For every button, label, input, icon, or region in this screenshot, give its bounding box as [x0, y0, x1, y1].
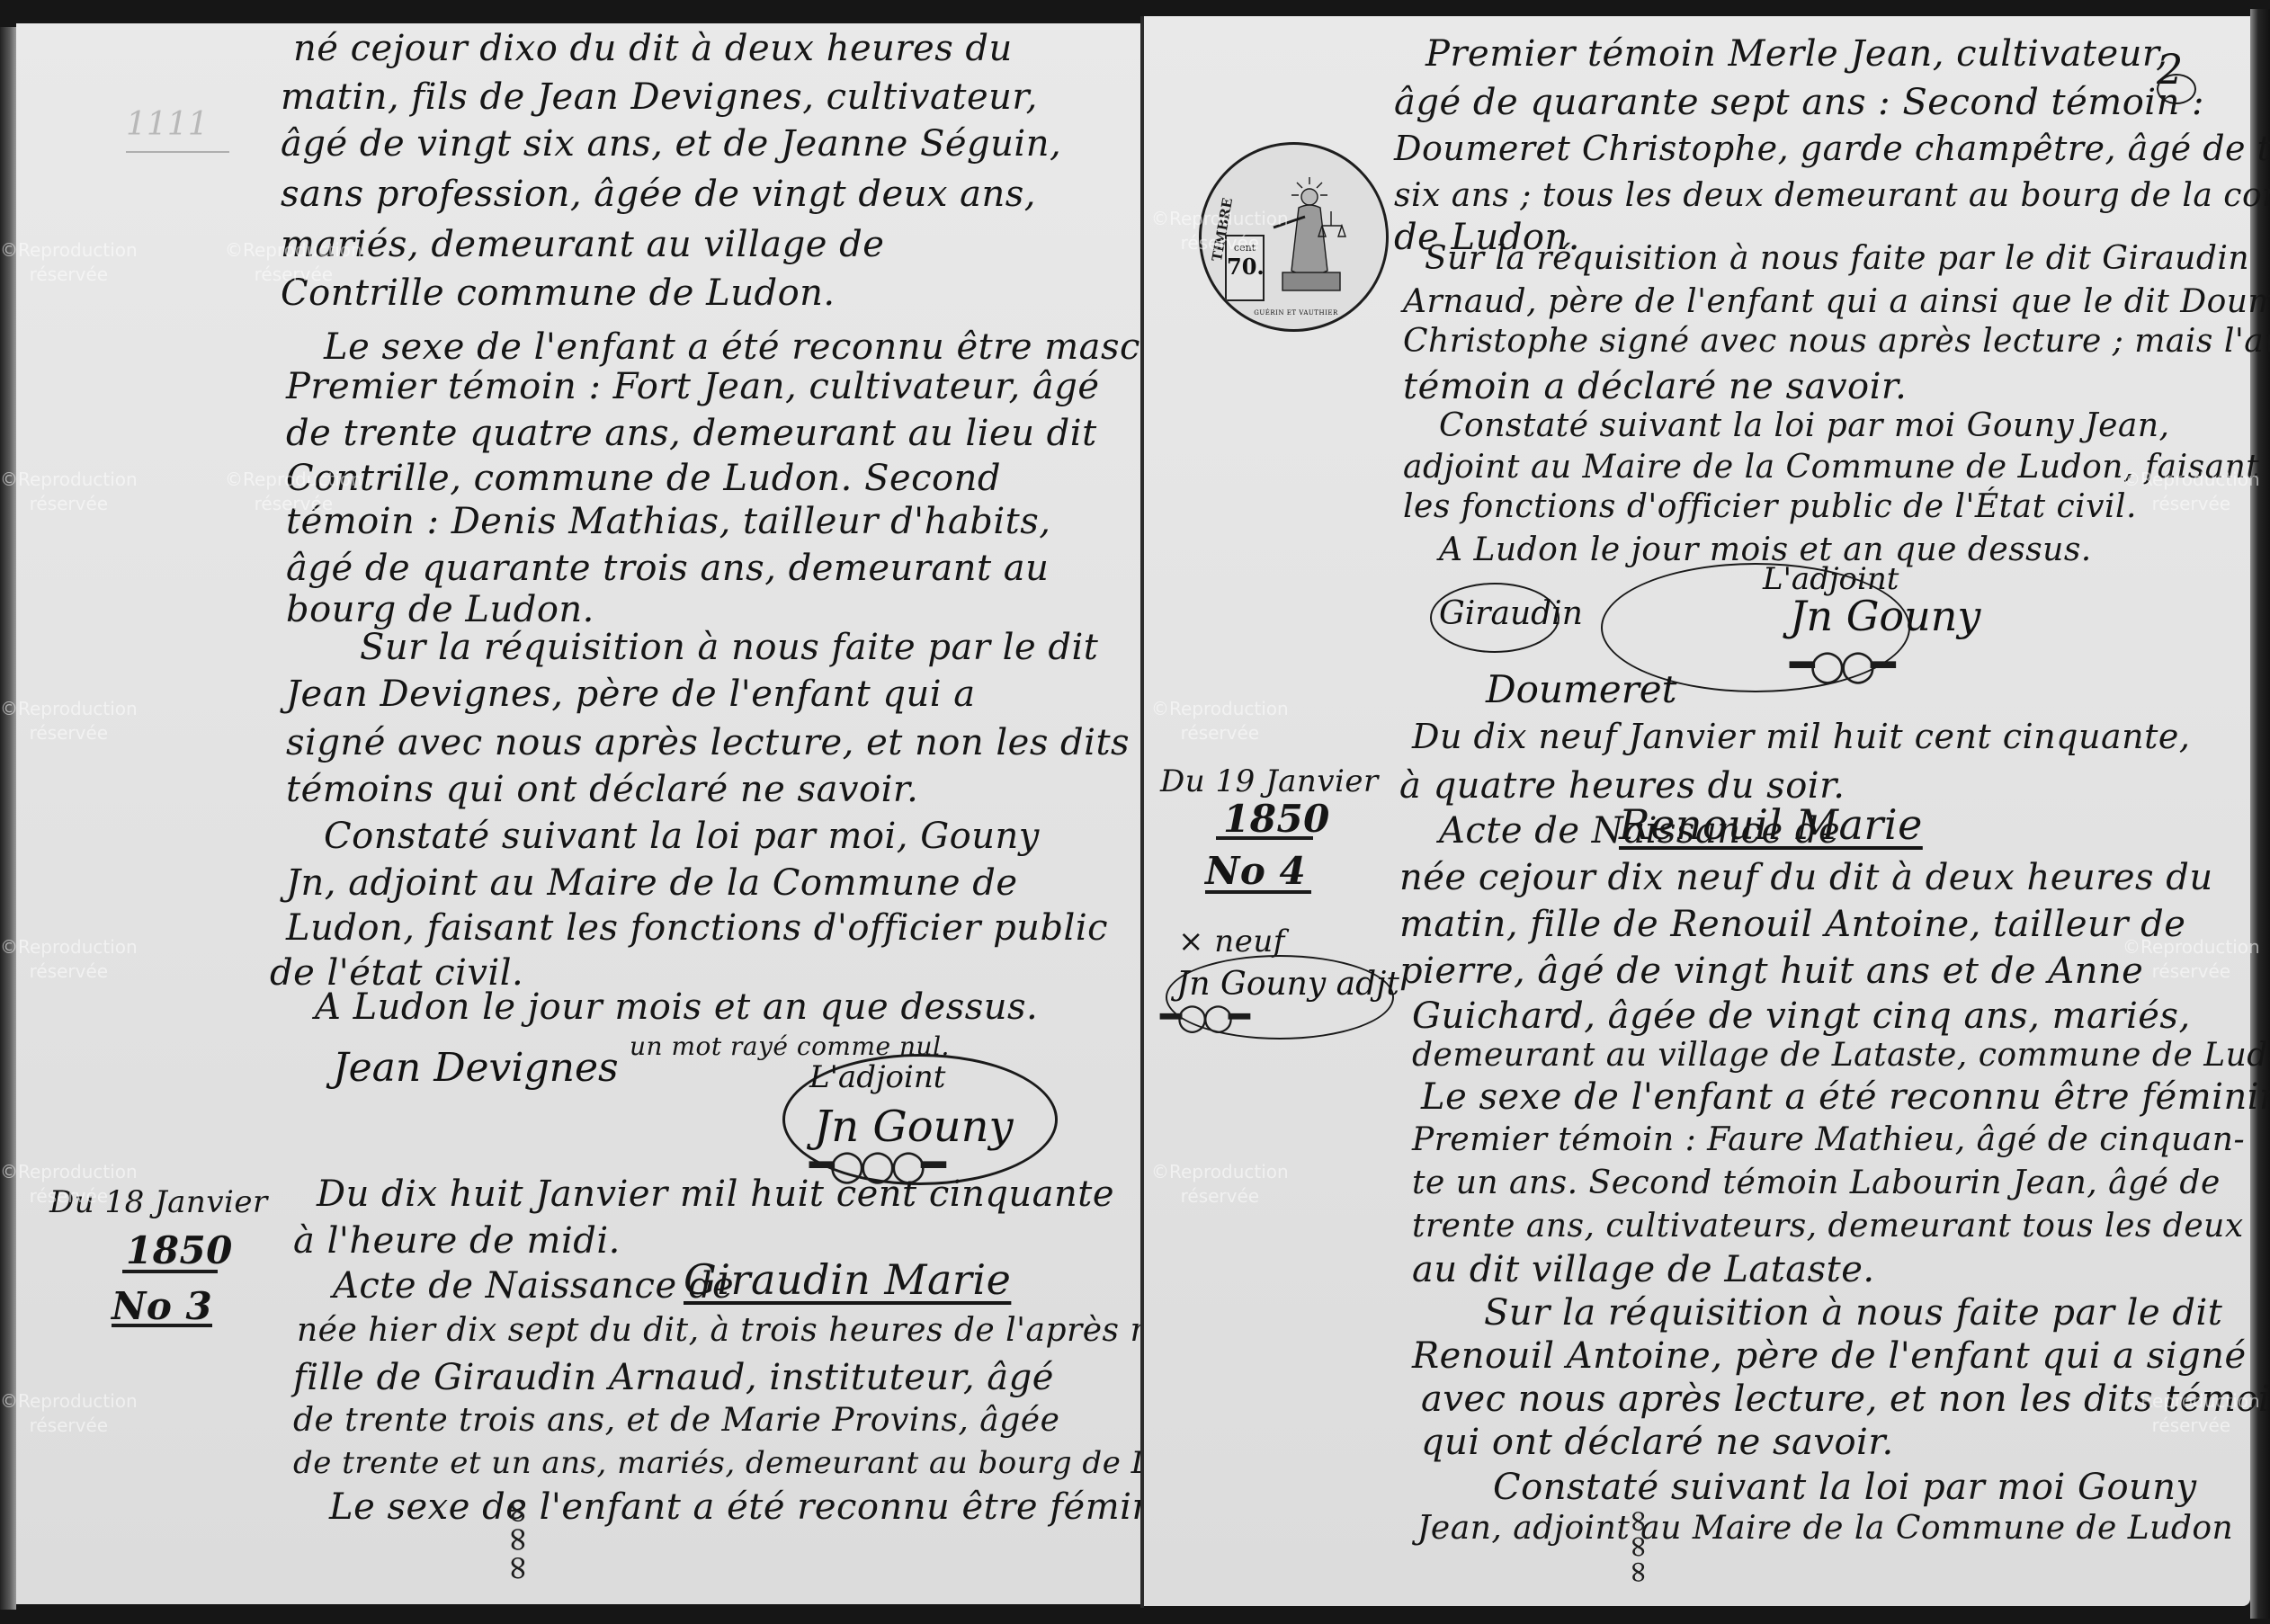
stamp-caption: GUÉRIN ET VAUTHIER [1238, 309, 1354, 317]
text-line: âgé de vingt six ans, et de Jeanne Ségui… [281, 126, 1061, 162]
text-line: Renouil Antoine, père de l'enfant qui a … [1412, 1338, 2247, 1374]
text-line: Doumeret Christophe, garde champêtre, âg… [1394, 131, 2270, 165]
stamp-value: 70. [1227, 254, 1263, 280]
margin-year: 1850 [1223, 800, 1330, 838]
child-name: Giraudin Marie [684, 1259, 1011, 1300]
text-line: de trente trois ans, et de Marie Provins… [293, 1405, 1059, 1437]
text-line: témoin : Denis Mathias, tailleur d'habit… [286, 504, 1051, 540]
text-line: Contrille commune de Ludon. [281, 275, 836, 311]
text-line: Premier témoin : Fort Jean, cultivateur,… [286, 369, 1100, 405]
text-line: six ans ; tous les deux demeurant au bou… [1394, 180, 2270, 212]
signature-witness: Doumeret [1486, 667, 1677, 711]
faint-margin-rule [126, 151, 229, 153]
book-left-edge [0, 27, 16, 1610]
text-line: Constaté suivant la loi par moi Gouny [1493, 1469, 2197, 1505]
text-line: de trente et un ans, mariés, demeurant a… [293, 1448, 1241, 1478]
stamp-unit: cent [1227, 242, 1263, 254]
text-line: Sur la réquisition à nous faite par le d… [1425, 243, 2249, 275]
text-line: né cejour dixo du dit à deux heures du [293, 31, 1013, 67]
text-line: âgé de quarante sept ans : Second témoin… [1394, 85, 2204, 120]
text-line: A Ludon le jour mois et an que dessus. [315, 989, 1038, 1025]
text-line: demeurant au village de Lataste, commune… [1412, 1040, 2270, 1072]
signature-adjoint: Jn Gouny [1790, 592, 1980, 640]
text-line: à l'heure de midi. [293, 1223, 621, 1259]
text-line: Jean Devignes, père de l'enfant qui a [286, 676, 976, 712]
text-line: née hier dix sept du dit, à trois heures… [297, 1315, 1215, 1347]
signature-father: Giraudin [1439, 595, 1583, 632]
text-line: de l'état civil. [270, 955, 523, 991]
text-line: Acte de Naissance de [333, 1268, 734, 1304]
text-line: Arnaud, père de l'enfant qui a ainsi que… [1403, 286, 2270, 318]
seated-liberty-icon [1265, 172, 1354, 307]
text-line: Contrille, commune de Ludon. Second [286, 460, 1001, 496]
margin-date: Du 18 Janvier [49, 1187, 268, 1218]
text-line: de trente quatre ans, demeurant au lieu … [286, 415, 1097, 451]
text-line: Premier témoin Merle Jean, cultivateur, [1425, 36, 2167, 72]
text-line: Premier témoin : Faure Mathieu, âgé de c… [1412, 1124, 2245, 1156]
text-line: Jn, adjoint au Maire de la Commune de [286, 865, 1018, 901]
signature-flourish-icon: ━○○━ [1790, 640, 1890, 689]
text-line: Le sexe de l'enfant a été reconnu être f… [329, 1489, 1202, 1525]
text-line: Constaté suivant la loi par moi, Gouny [324, 818, 1040, 854]
text-line: née cejour dix neuf du dit à deux heures… [1399, 860, 2213, 896]
text-line: bourg de Ludon. [286, 592, 594, 628]
text-line: sans profession, âgée de vingt deux ans, [281, 176, 1036, 212]
signature-flourish-icon: ━○○━ [1160, 996, 1245, 1038]
margin-rule [112, 1324, 212, 1327]
fiscal-stamp: TIMBRE cent 70. GUÉRIN ET VAUTHIER [1199, 142, 1389, 332]
text-line: trente ans, cultivateurs, demeurant tous… [1412, 1210, 2244, 1243]
text-line: âgé de quarante trois ans, demeurant au [286, 550, 1049, 586]
margin-year: 1850 [126, 1232, 233, 1270]
text-line: Guichard, âgée de vingt cinq ans, mariés… [1412, 998, 2191, 1034]
text-line: à quatre heures du soir. [1399, 768, 1845, 804]
text-line: Du dix neuf Janvier mil huit cent cinqua… [1412, 719, 2190, 754]
text-line: Le sexe de l'enfant a été reconnu être f… [1421, 1079, 2270, 1115]
text-line: signé avec nous après lecture, et non le… [286, 725, 1130, 761]
text-line: Le sexe de l'enfant a été reconnu être m… [324, 329, 1223, 365]
text-line: fille de Giraudin Arnaud, instituteur, â… [293, 1360, 1054, 1396]
text-line: pierre, âgé de vingt huit ans et de Anne [1399, 953, 2143, 989]
text-line: témoin a déclaré ne savoir. [1403, 369, 1907, 405]
margin-correction: × neuf [1178, 926, 1285, 957]
text-line: Ludon, faisant les fonctions d'officier … [286, 910, 1108, 946]
signature-father: Jean Devignes [333, 1045, 619, 1091]
text-line: te un ans. Second témoin Labourin Jean, … [1412, 1167, 2221, 1200]
end-flourish-icon: ∞∞∞ [499, 1497, 539, 1583]
text-line: matin, fils de Jean Devignes, cultivateu… [281, 79, 1038, 115]
stamp-value-box: cent 70. [1225, 235, 1265, 301]
faint-margin-mark: 1111 [126, 106, 209, 143]
text-line: mariés, demeurant au village de [281, 227, 884, 263]
book-right-edge [2250, 9, 2270, 1619]
text-line: témoins qui ont déclaré ne savoir. [286, 772, 918, 808]
child-name: Renouil Marie [1619, 804, 1923, 845]
margin-date: Du 19 Janvier [1160, 766, 1379, 797]
adjoint-title: L'adjoint [809, 1059, 945, 1095]
register-spread: 1111 né cejour dixo du dit à deux heures… [0, 0, 2270, 1624]
text-line: adjoint au Maire de la Commune de Ludon,… [1403, 451, 2259, 484]
text-line: Christophe signé avec nous après lecture… [1403, 326, 2270, 358]
text-line: Sur la réquisition à nous faite par le d… [360, 629, 1098, 665]
text-line: les fonctions d'officier public de l'Éta… [1403, 491, 2137, 523]
text-line: qui ont déclaré ne savoir. [1421, 1424, 1894, 1460]
act-number: No 4 [1205, 852, 1306, 890]
end-flourish-icon: ∞∞∞ [1621, 1509, 1657, 1585]
text-line: avec nous après lecture, et non les dits… [1421, 1381, 2270, 1417]
text-line: matin, fille de Renouil Antoine, tailleu… [1399, 906, 2185, 942]
text-line: Du dix huit Janvier mil huit cent cinqua… [317, 1176, 1114, 1212]
text-line: Jean, adjoint au Maire de la Commune de … [1417, 1512, 2233, 1545]
margin-rule [1205, 890, 1311, 894]
act-number: No 3 [112, 1288, 212, 1325]
margin-rule [1216, 836, 1313, 840]
text-line: Sur la réquisition à nous faite par le d… [1484, 1295, 2222, 1331]
text-line: au dit village de Lataste. [1412, 1252, 1875, 1288]
margin-rule [122, 1270, 218, 1273]
text-line: Constaté suivant la loi par moi Gouny Je… [1439, 410, 2170, 442]
